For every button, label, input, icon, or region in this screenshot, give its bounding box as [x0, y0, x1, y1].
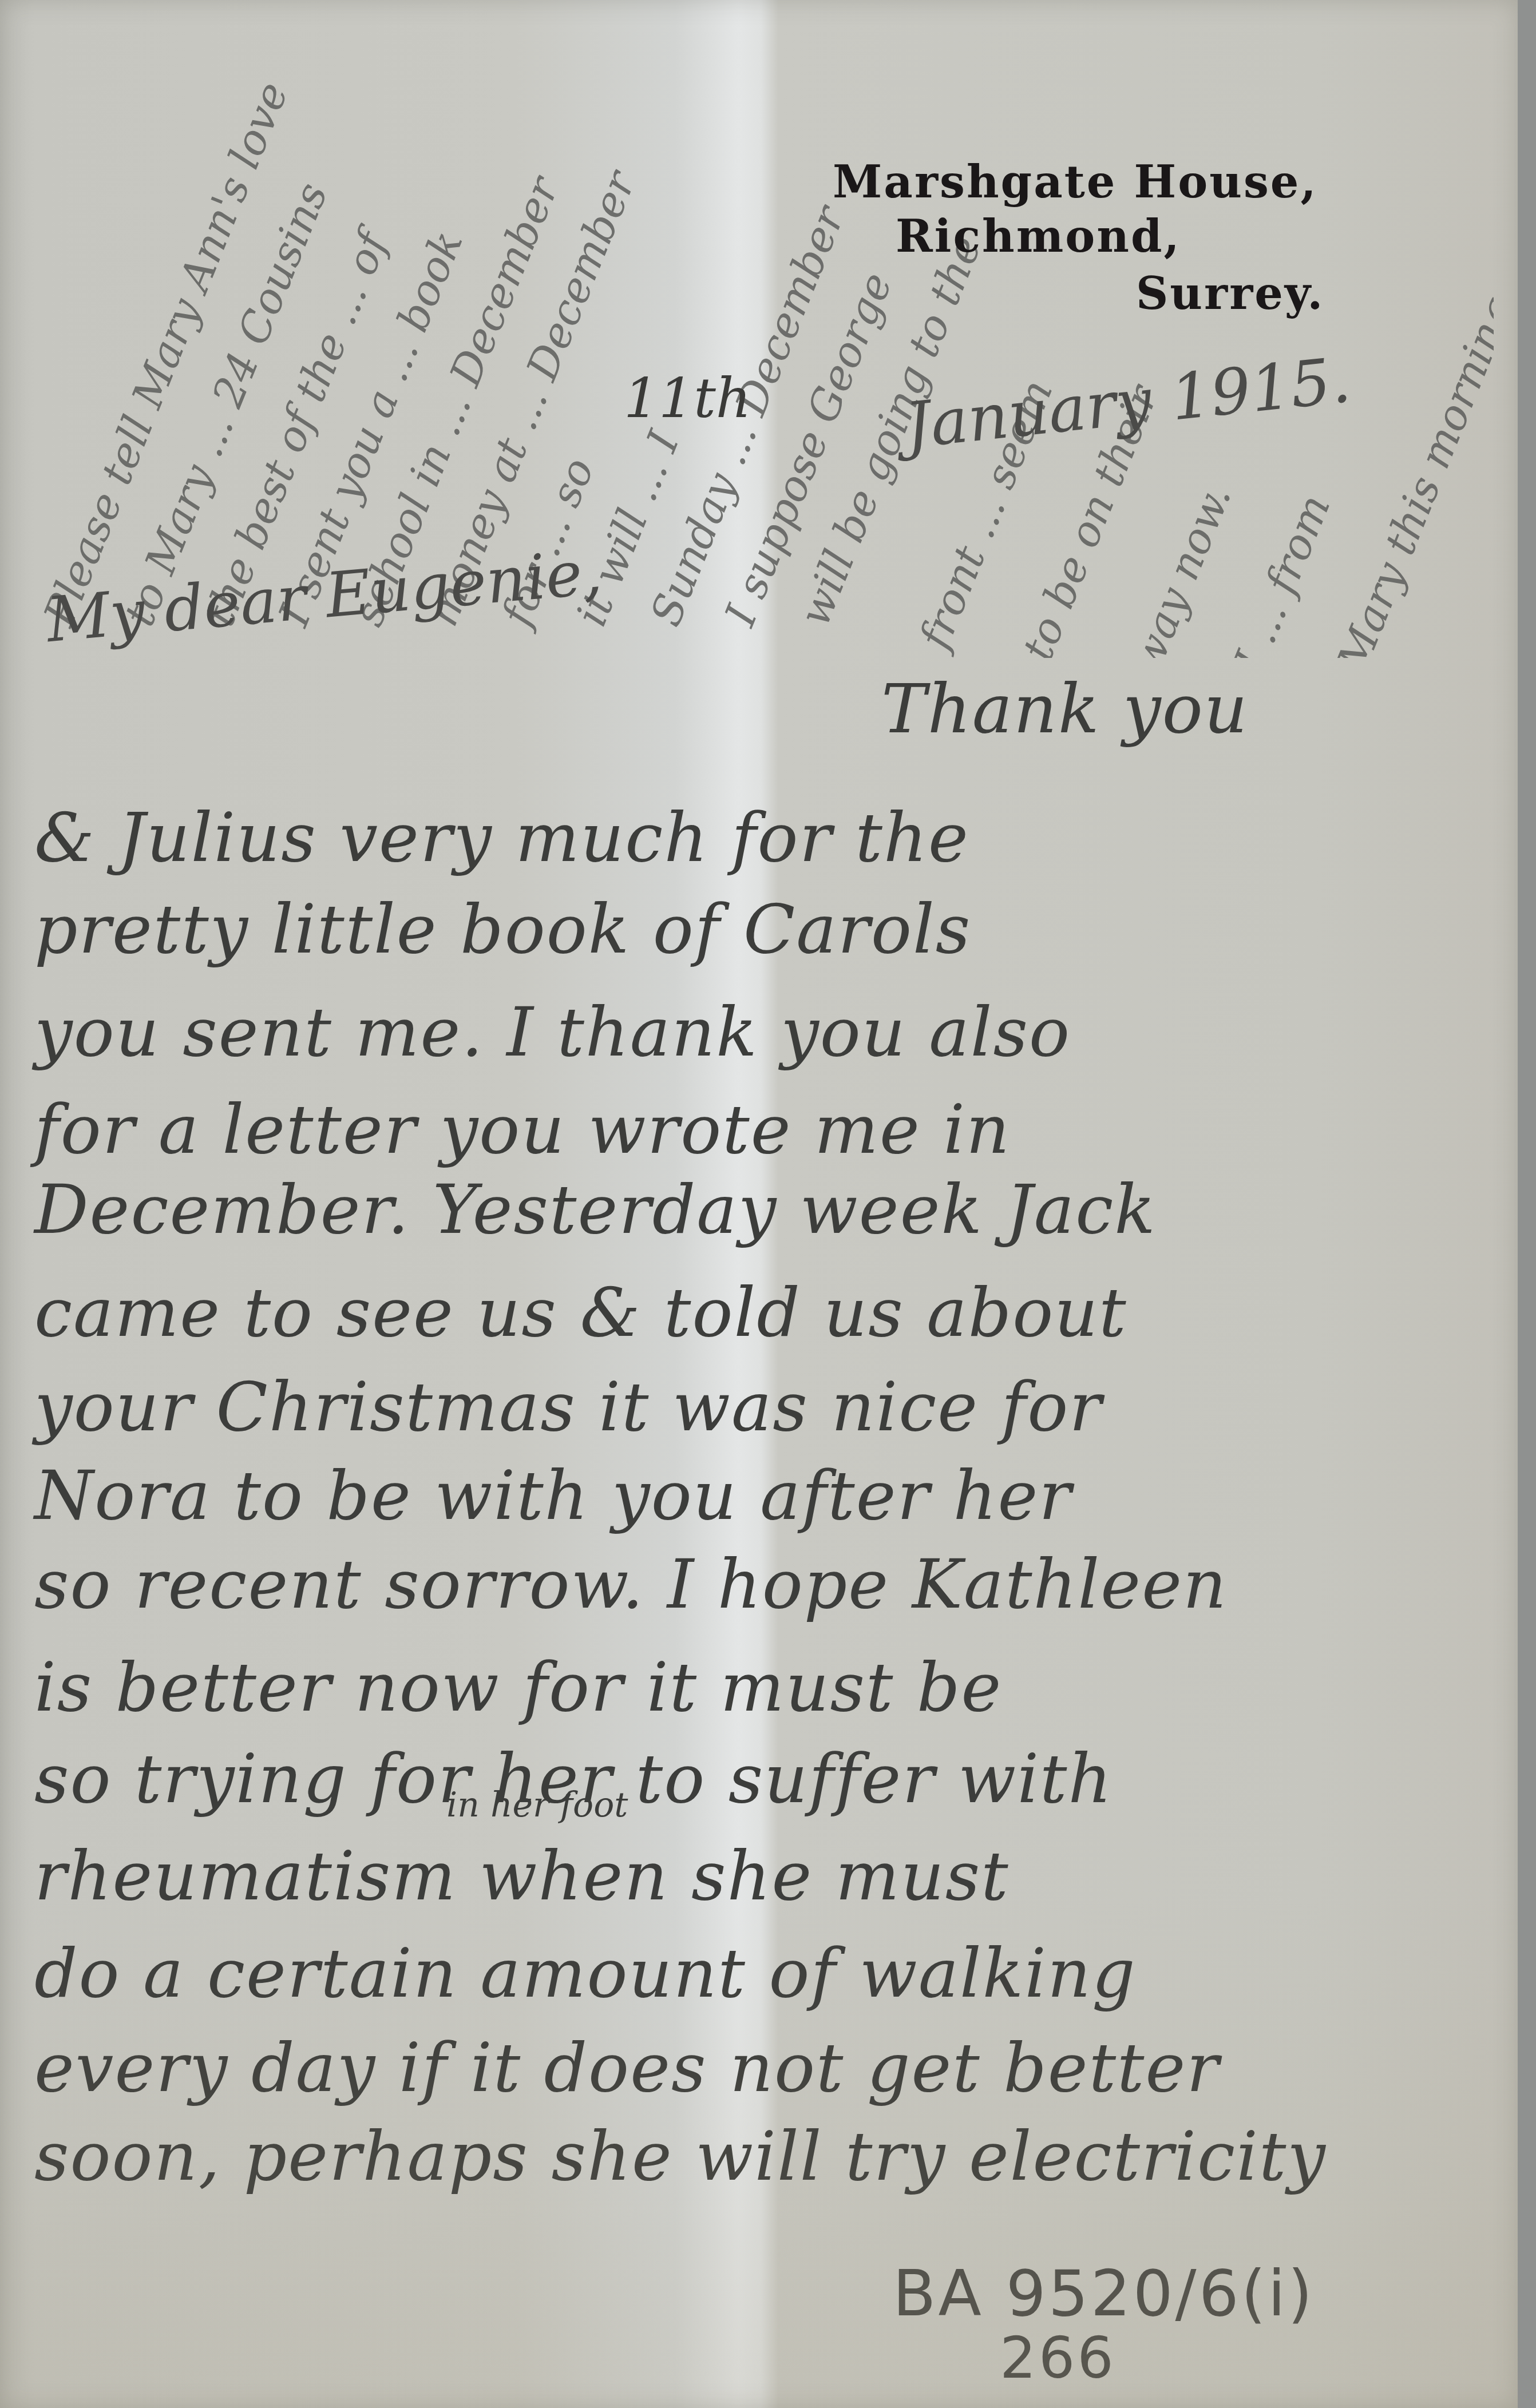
body-line: Thank you	[881, 669, 1249, 748]
body-line: pretty little book of Carols	[34, 890, 971, 969]
letterhead-county: Surrey.	[1136, 272, 1324, 316]
cross-line: I ... from	[1225, 488, 1340, 658]
letter-page: Please tell Mary Ann's love to Mary ... …	[0, 0, 1518, 2408]
body-line: & Julius very much for the	[34, 798, 969, 877]
body-line: every day if it does not get better	[34, 2028, 1220, 2107]
body-line: so recent sorrow. I hope Kathleen	[34, 1545, 1228, 1624]
body-line: is better now for it must be	[34, 1648, 1002, 1727]
body-line: you sent me. I thank you also	[34, 993, 1071, 1072]
letterhead-house: Marshgate House,	[833, 160, 1318, 205]
cross-line: way now.	[1122, 478, 1241, 658]
body-line: December. Yesterday week Jack	[34, 1170, 1157, 1249]
letterhead-town: Richmond,	[896, 215, 1181, 259]
insertion-above-line: in her foot	[446, 1785, 628, 1825]
body-line: rheumatism when she must	[34, 1836, 1010, 1915]
body-line: came to see us & told us about	[34, 1273, 1127, 1352]
body-line: your Christmas it was nice for	[34, 1367, 1103, 1446]
archive-reference: BA 9520/6(i) 266	[893, 2257, 1315, 2391]
body-line: do a certain amount of walking	[34, 1934, 1137, 2013]
archive-ref-number: BA 9520/6(i)	[893, 2257, 1315, 2330]
body-line: for a letter you wrote me in	[34, 1090, 1011, 1169]
date-day: 11th	[624, 366, 751, 430]
body-line: soon, perhaps she will try electricity	[34, 2117, 1327, 2196]
cross-line: Mary this morning	[1328, 289, 1494, 658]
body-line: Nora to be with you after her	[34, 1456, 1072, 1535]
folio-number: 266	[801, 2324, 1315, 2391]
cross-writing: Please tell Mary Ann's love to Mary ... …	[17, 0, 1494, 658]
